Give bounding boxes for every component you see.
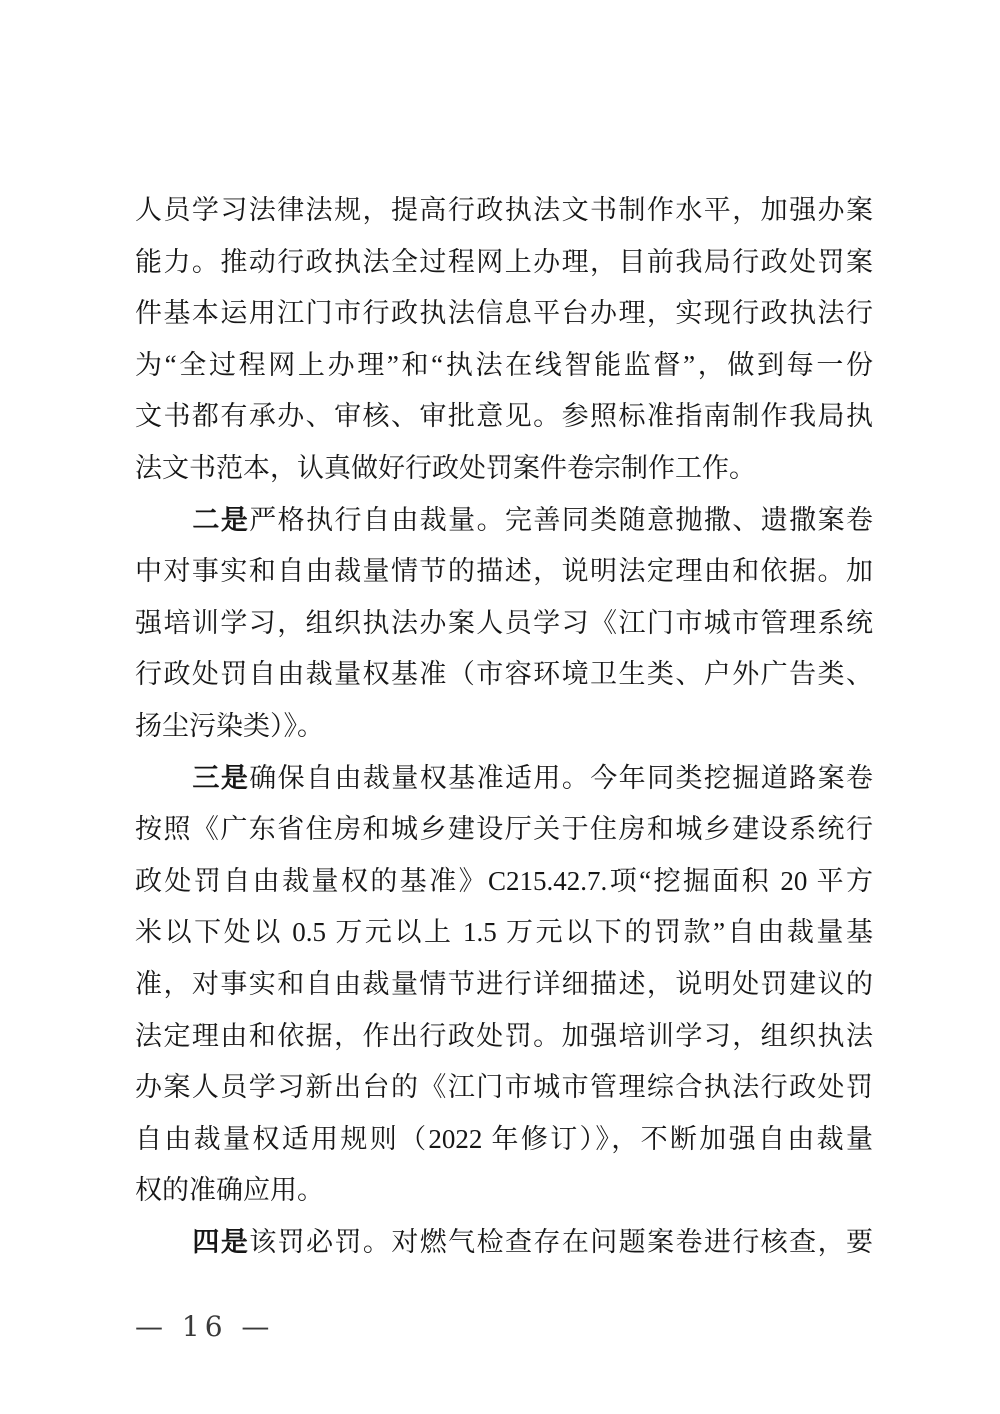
document-body: 人员学习法律法规，提高行政执法文书制作水平，加强办案 能力。推动行政执法全过程网… xyxy=(135,185,873,1268)
line-text: 米以下处以 0.5 万元以上 1.5 万元以下的罚款”自由裁量基 xyxy=(135,917,873,947)
document-page: 人员学习法律法规，提高行政执法文书制作水平，加强办案 能力。推动行政执法全过程网… xyxy=(0,0,1000,1414)
page-footer: — 16 — xyxy=(135,1310,274,1343)
line-text: 自由裁量权适用规则（2022 年修订）》，不断加强自由裁量 xyxy=(135,1124,873,1154)
text-line: 二是严格执行自由裁量。完善同类随意抛撒、遗撒案卷 xyxy=(135,495,873,547)
text-line: 按照《广东省住房和城乡建设厅关于住房和城乡建设系统行 xyxy=(135,804,873,856)
text-line: 米以下处以 0.5 万元以上 1.5 万元以下的罚款”自由裁量基 xyxy=(135,907,873,959)
line-text: 严格执行自由裁量。完善同类随意抛撒、遗撒案卷 xyxy=(249,505,873,535)
line-text: 人员学习法律法规，提高行政执法文书制作水平，加强办案 xyxy=(135,195,873,225)
line-text: 法文书范本，认真做好行政处罚案件卷宗制作工作。 xyxy=(135,453,756,483)
paragraph-lead: 二是 xyxy=(191,505,249,535)
line-text: 文书都有承办、审核、审批意见。参照标准指南制作我局执 xyxy=(135,401,873,431)
text-line: 三是确保自由裁量权基准适用。今年同类挖掘道路案卷 xyxy=(135,753,873,805)
text-line: 法文书范本，认真做好行政处罚案件卷宗制作工作。 xyxy=(135,443,873,495)
text-line: 法定理由和依据，作出行政处罚。加强培训学习，组织执法 xyxy=(135,1011,873,1063)
text-line: 自由裁量权适用规则（2022 年修订）》，不断加强自由裁量 xyxy=(135,1114,873,1166)
line-text: 扬尘污染类）》。 xyxy=(135,711,324,741)
paragraph-indent xyxy=(135,528,191,529)
line-text: 权的准确应用。 xyxy=(135,1175,324,1205)
page-number: — 16 — xyxy=(135,1310,274,1343)
text-line: 件基本运用江门市行政执法信息平台办理，实现行政执法行 xyxy=(135,288,873,340)
line-text: 办案人员学习新出台的《江门市城市管理综合执法行政处罚 xyxy=(135,1072,873,1102)
text-line: 政处罚自由裁量权的基准》C215.42.7.项“挖掘面积 20 平方 xyxy=(135,856,873,908)
text-line: 人员学习法律法规，提高行政执法文书制作水平，加强办案 xyxy=(135,185,873,237)
line-text: 件基本运用江门市行政执法信息平台办理，实现行政执法行 xyxy=(135,298,873,328)
line-text: 政处罚自由裁量权的基准》C215.42.7.项“挖掘面积 20 平方 xyxy=(135,866,873,896)
text-line: 扬尘污染类）》。 xyxy=(135,701,873,753)
text-line: 文书都有承办、审核、审批意见。参照标准指南制作我局执 xyxy=(135,391,873,443)
text-line: 能力。推动行政执法全过程网上办理，目前我局行政处罚案 xyxy=(135,237,873,289)
paragraph-lead: 三是 xyxy=(191,763,249,793)
paragraph-indent xyxy=(135,1250,191,1251)
line-text: 按照《广东省住房和城乡建设厅关于住房和城乡建设系统行 xyxy=(135,814,873,844)
line-text: 中对事实和自由裁量情节的描述，说明法定理由和依据。加 xyxy=(135,556,873,586)
text-line: 权的准确应用。 xyxy=(135,1165,873,1217)
text-line: 为“全过程网上办理”和“执法在线智能监督”，做到每一份 xyxy=(135,340,873,392)
line-text: 行政处罚自由裁量权基准（市容环境卫生类、户外广告类、 xyxy=(135,659,873,689)
text-line: 中对事实和自由裁量情节的描述，说明法定理由和依据。加 xyxy=(135,546,873,598)
line-text: 确保自由裁量权基准适用。今年同类挖掘道路案卷 xyxy=(249,763,873,793)
paragraph-lead: 四是 xyxy=(191,1227,249,1257)
paragraph-indent xyxy=(135,786,191,787)
text-line: 强培训学习，组织执法办案人员学习《江门市城市管理系统 xyxy=(135,598,873,650)
line-text: 该罚必罚。对燃气检查存在问题案卷进行核查，要 xyxy=(249,1227,873,1257)
line-text: 法定理由和依据，作出行政处罚。加强培训学习，组织执法 xyxy=(135,1021,873,1051)
line-text: 能力。推动行政执法全过程网上办理，目前我局行政处罚案 xyxy=(135,247,873,277)
text-line: 四是该罚必罚。对燃气检查存在问题案卷进行核查，要 xyxy=(135,1217,873,1269)
line-text: 准，对事实和自由裁量情节进行详细描述，说明处罚建议的 xyxy=(135,969,873,999)
text-line: 办案人员学习新出台的《江门市城市管理综合执法行政处罚 xyxy=(135,1062,873,1114)
line-text: 为“全过程网上办理”和“执法在线智能监督”，做到每一份 xyxy=(135,350,873,380)
line-text: 强培训学习，组织执法办案人员学习《江门市城市管理系统 xyxy=(135,608,873,638)
text-line: 准，对事实和自由裁量情节进行详细描述，说明处罚建议的 xyxy=(135,959,873,1011)
text-line: 行政处罚自由裁量权基准（市容环境卫生类、户外广告类、 xyxy=(135,649,873,701)
